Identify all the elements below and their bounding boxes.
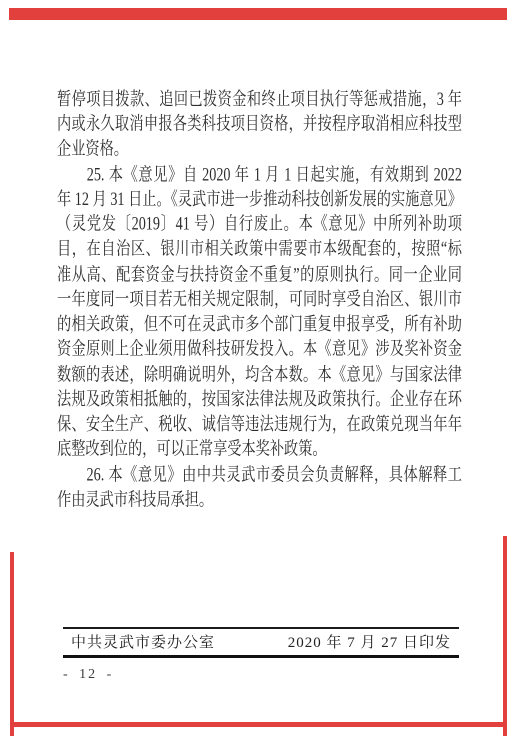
text-line: 数额的表述，除明确说明外，均含本数。本《意见》与国家法律	[57, 363, 462, 388]
page-frame-right-border	[503, 536, 507, 736]
document-body: 暂停项目拨款、追回已拨资金和终止项目执行等惩戒措施，3 年内或永久取消申报各类科…	[57, 88, 462, 513]
text-line: 的相关政策，但不可在灵武市多个部门重复申报享受，所有补助	[57, 313, 462, 338]
page-frame-left-border	[10, 552, 14, 736]
issuing-office: 中共灵武市委办公室	[71, 631, 215, 652]
page-frame-top-border	[9, 8, 507, 20]
text-line: 年 12 月 31 日止。《灵武市进一步推动科技创新发展的实施意见》	[57, 188, 462, 213]
text-line: 法规及政策相抵触的，按国家法律法规及政策执行。企业存在环	[57, 388, 462, 413]
text-line: 底整改到位的，可以正常享受本奖补政策。	[57, 438, 462, 463]
print-date: 2020 年 7 月 27 日印发	[288, 631, 451, 652]
text-line: 作由灵武市科技局承担。	[57, 488, 462, 513]
text-line: （灵党发〔2019〕41 号）自行废止。本《意见》中所列补助项	[57, 213, 462, 238]
text-line: 内或永久取消申报各类科技项目资格，并按程序取消相应科技型	[57, 113, 462, 138]
colophon: 中共灵武市委办公室 2020 年 7 月 27 日印发	[63, 627, 459, 658]
text-line: 目，在自治区、银川市相关政策中需要市本级配套的，按照“标	[57, 238, 462, 263]
text-line: 资金原则上企业须用做科技研发投入。本《意见》涉及奖补资金	[57, 338, 462, 363]
text-line: 25. 本《意见》自 2020 年 1 月 1 日起实施，有效期到 2022	[57, 163, 462, 188]
text-line: 保、安全生产、税收、诚信等违法违规行为，在政策兑现当年年	[57, 413, 462, 438]
text-line: 26. 本《意见》由中共灵武市委员会负责解释，具体解释工	[57, 463, 462, 488]
page-frame-bottom-border	[10, 722, 507, 727]
text-line: 一年度同一项目若无相关规定限制，可同时享受自治区、银川市	[57, 288, 462, 313]
document-page: 暂停项目拨款、追回已拨资金和终止项目执行等惩戒措施，3 年内或永久取消申报各类科…	[0, 0, 517, 736]
text-line: 企业资格。	[57, 138, 462, 163]
text-line: 暂停项目拨款、追回已拨资金和终止项目执行等惩戒措施，3 年	[57, 88, 462, 113]
page-number: - 12 -	[63, 667, 113, 683]
text-line: 准从高、配套资金与扶持资金不重复”的原则执行。同一企业同	[57, 263, 462, 288]
